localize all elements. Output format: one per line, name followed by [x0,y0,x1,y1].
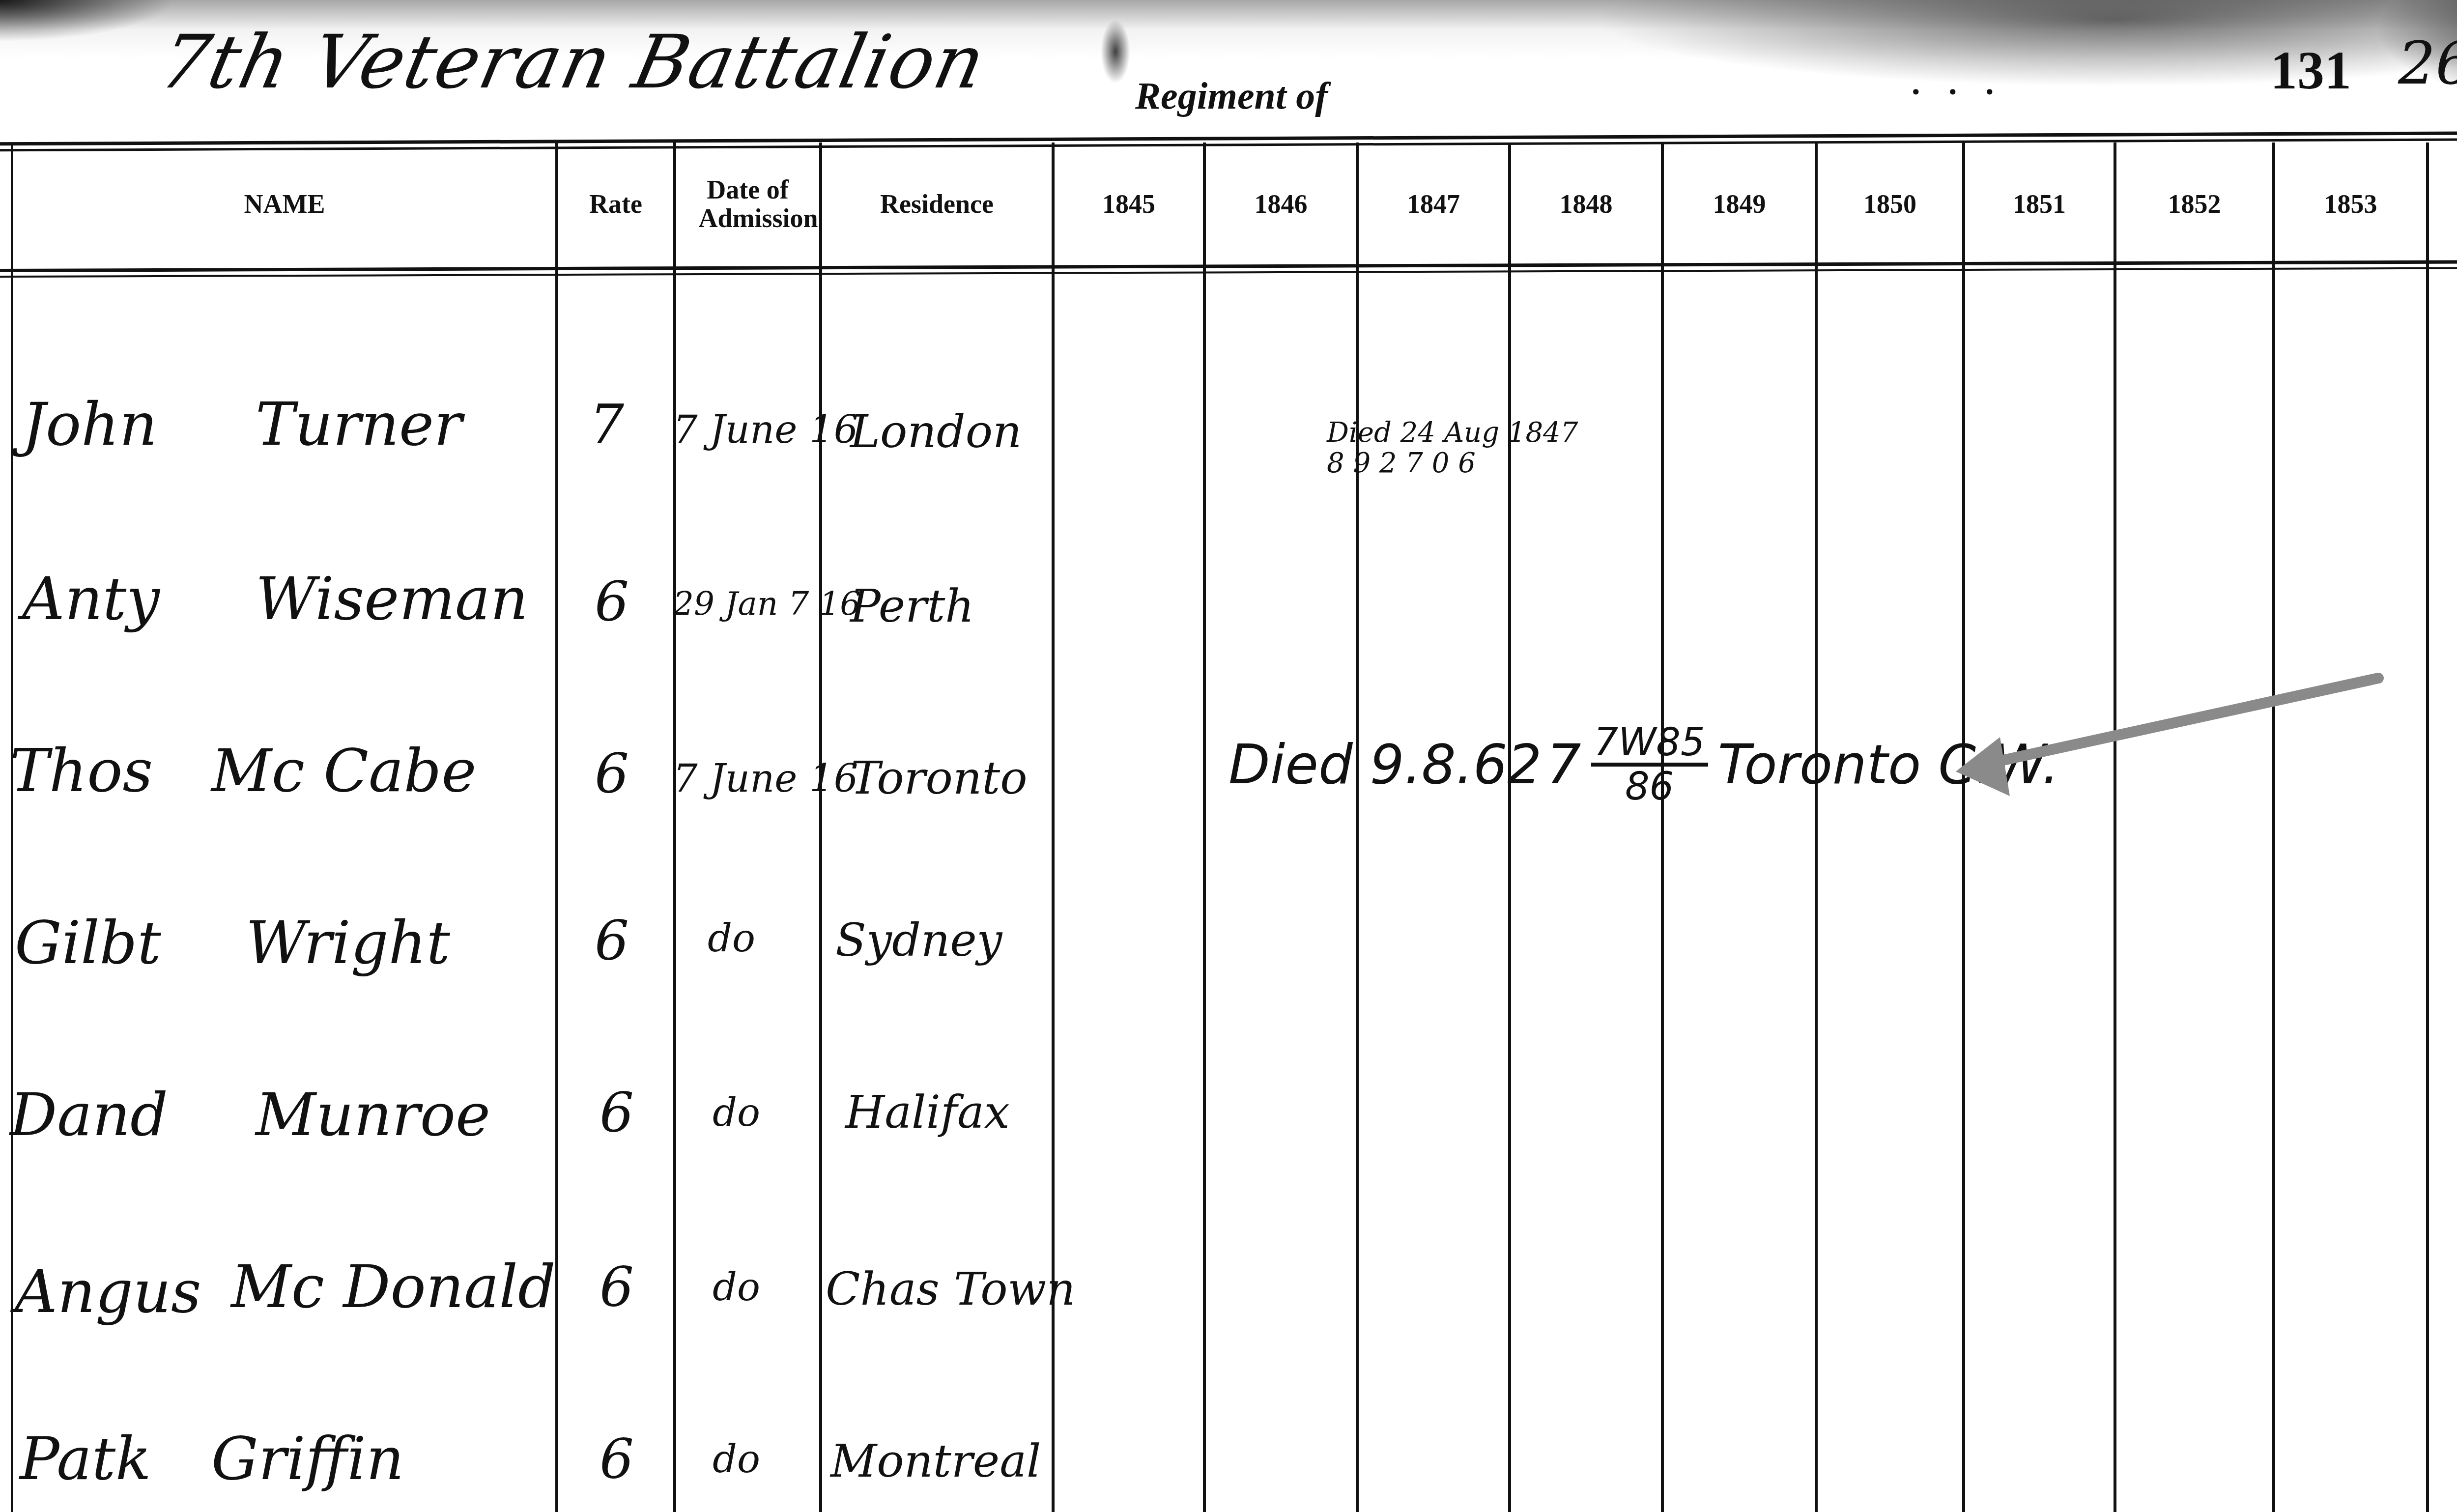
header-name: NAME [14,147,555,260]
death-note-seven: 7 [1547,733,1581,796]
column-rule [1203,143,1206,1512]
residence: Montreal [830,1435,1041,1487]
residence: Halifax [845,1086,1010,1139]
residence: Chas Town [826,1263,1076,1315]
last-name: Turner [256,391,462,459]
first-name: Anty [22,565,160,633]
date-of-admission: do [713,1265,760,1310]
header-year-1848: 1848 [1511,147,1661,260]
ink-blot [1101,20,1130,84]
header-rate: Rate [558,147,673,260]
fraction-numerator: 7W85 [1591,722,1708,767]
first-name: John [22,391,157,459]
column-rule [2114,143,2116,1512]
column-rule [1815,143,1818,1512]
residence: Toronto [850,752,1028,804]
rate: 6 [595,742,629,805]
fraction-denominator: 86 [1625,767,1674,807]
header-year-1851: 1851 [1965,147,2114,260]
header-year-1845: 1845 [1055,147,1203,260]
last-name: Mc Cabe [211,737,476,805]
header-residence: Residence [822,147,1052,260]
residence: Sydney [835,914,1002,967]
rate: 7 [590,393,624,456]
residence: Perth [850,580,974,632]
last-name: Griffin [211,1425,404,1493]
column-rule [819,143,822,1512]
column-rule [1661,143,1664,1512]
death-note-line2: 8 9 2 7 0 6 [1327,448,1578,479]
header-year-1849: 1849 [1664,147,1815,260]
column-rule [2272,143,2275,1512]
rate: 6 [595,570,629,633]
column-rule [1356,143,1359,1512]
rate: 6 [600,1427,634,1490]
residence: London [850,405,1022,458]
first-name: Patk [20,1425,151,1493]
date-of-admission: 7 June 16 [673,408,858,452]
rate: 6 [595,909,629,972]
date-of-admission: do [708,916,755,961]
date-of-admission: do [713,1437,760,1482]
last-name: Mc Donald [231,1253,556,1321]
death-note: Died 24 Aug 1847 8 9 2 7 0 6 [1327,418,1578,479]
last-name: Wiseman [256,565,528,633]
column-rule [1508,143,1511,1512]
rate: 6 [600,1255,634,1318]
annotation-arrow-icon [1946,668,2388,796]
header-date-of-admission: Date of Admission [676,147,819,260]
column-rule [673,143,676,1512]
death-note-line1: Died 24 Aug 1847 [1327,418,1578,448]
first-name: Dand [10,1081,168,1149]
death-note-date: Died 9.8.62 [1228,733,1542,796]
header-year-1846: 1846 [1206,147,1356,260]
date-of-admission: 7 June 16 [673,757,858,801]
header-bottom-rule [0,260,2457,272]
leader-dots: . . . [1912,64,2004,103]
date-of-admission: 29 Jan 7 16 [673,585,860,623]
rate: 6 [600,1081,634,1144]
column-rule [11,143,13,1512]
page-number-handwritten: 260 [2398,29,2457,98]
date-of-admission: do [713,1091,760,1135]
column-rule [2426,143,2429,1512]
battalion-title: 7th Veteran Battalion [153,20,993,105]
death-note: Died 9.8.62 7 7W85 86 Toronto C.W. [1228,722,2059,807]
header-date-of-admission-label: Date of Admission [699,175,797,232]
header-year-1852: 1852 [2116,147,2272,260]
last-name: Wright [246,909,450,977]
first-name: Angus [15,1258,201,1326]
header-year-1853: 1853 [2275,147,2426,260]
header-year-1847: 1847 [1359,147,1508,260]
regiment-heading: Regiment of [1135,74,1328,118]
page-number-printed: 131 [2270,39,2351,102]
last-name: Munroe [256,1081,490,1149]
first-name: Gilbt [15,909,161,977]
column-rule [1962,143,1965,1512]
first-name: Thos [10,737,153,805]
death-note-fraction: 7W85 86 [1591,722,1708,807]
header-year-1854: 1854 [2429,147,2457,260]
header-year-1850: 1850 [1818,147,1962,260]
